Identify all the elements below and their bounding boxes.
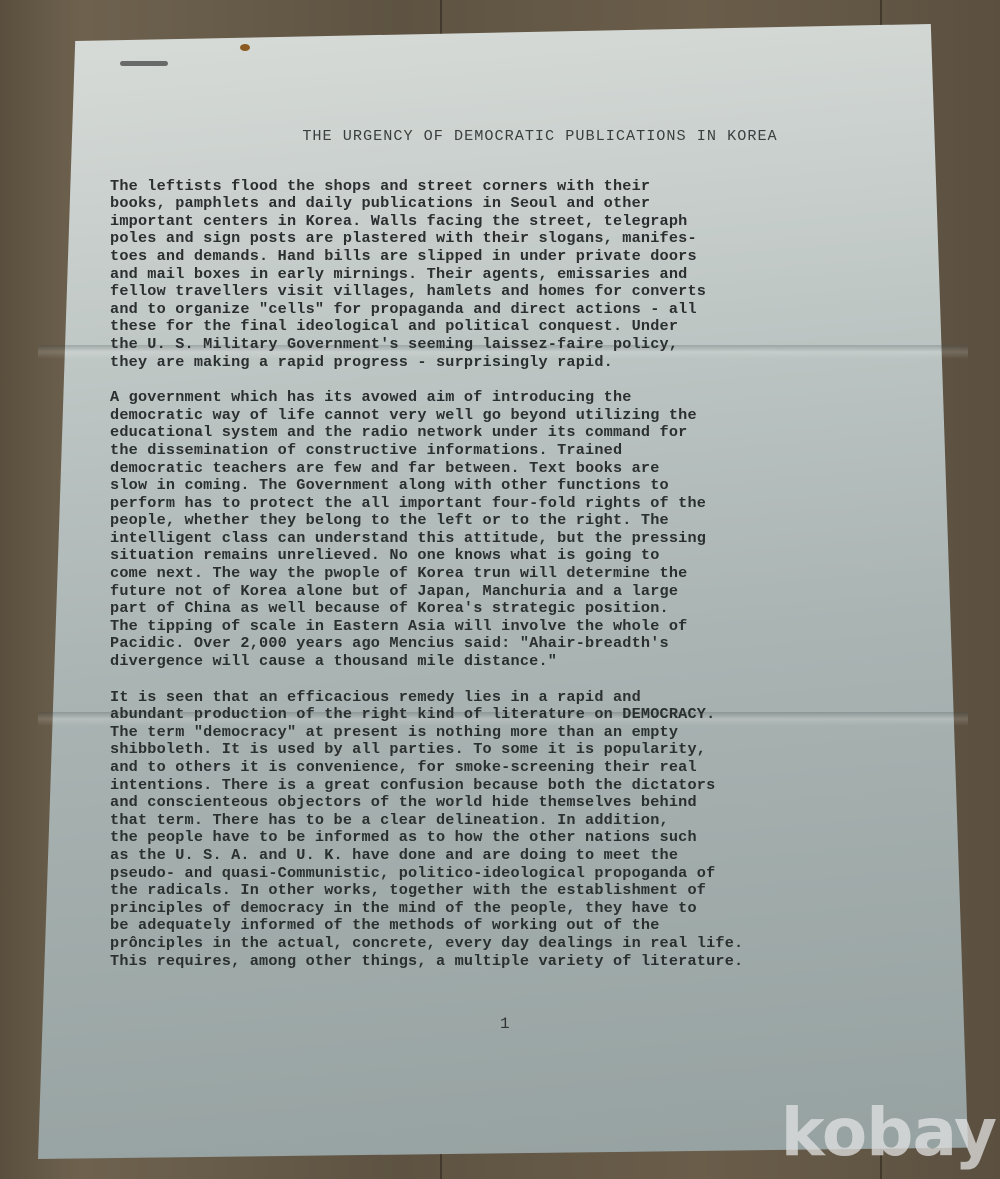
paragraph: It is seen that an efficacious remedy li… <box>110 689 870 971</box>
typed-document: THE URGENCY OF DEMOCRATIC PUBLICATIONS I… <box>110 128 870 988</box>
page-number: 1 <box>500 1015 510 1033</box>
ink-mark <box>120 61 168 66</box>
paragraph: The leftists flood the shops and street … <box>110 178 870 372</box>
document-title: THE URGENCY OF DEMOCRATIC PUBLICATIONS I… <box>210 128 870 146</box>
watermark-logo: kobay <box>781 1094 996 1171</box>
rust-stain <box>240 44 250 51</box>
paragraph: A government which has its avowed aim of… <box>110 389 870 671</box>
